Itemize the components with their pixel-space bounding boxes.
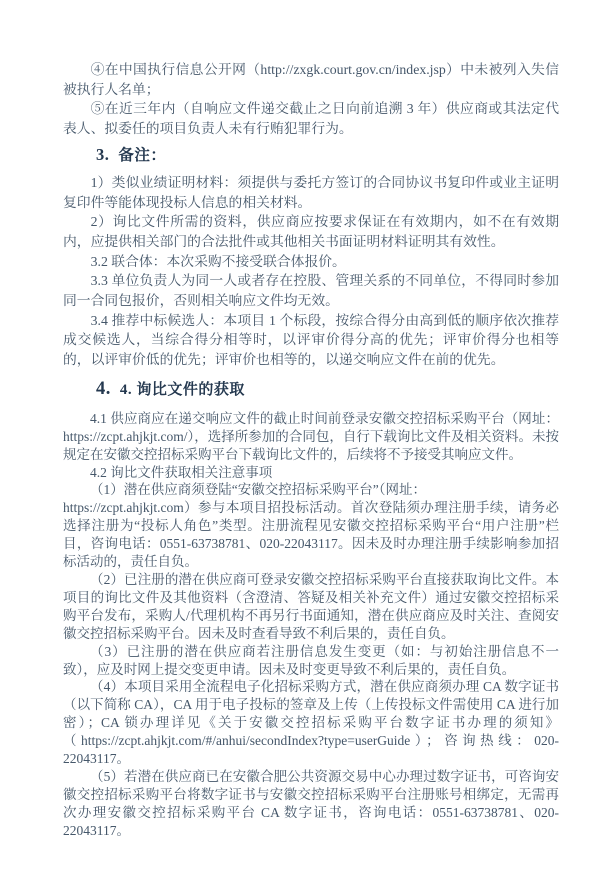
paragraph-qualification-item-5: ⑤在近三年内（自响应文件递交截止之日向前追溯 3 年）供应商或其法定代表人、拟委… — [63, 99, 559, 138]
section-3-title: 备注： — [118, 147, 166, 164]
paragraph-remarks-3-3: 3.3 单位负责人为同一人或者存在控股、管理关系的不同单位，不得同时参加同一合同… — [63, 271, 559, 310]
paragraph-remarks-1: 1）类似业绩证明材料：须提供与委托方签订的合同协议书复印件或业主证明复印件等能体… — [63, 173, 559, 212]
paragraph-acquisition-4-2: 4.2 询比文件获取相关注意事项 — [63, 464, 559, 482]
paragraph-acquisition-note-1: （1）潜在供应商须登陆“安徽交控招标采购平台”（网址： — [63, 481, 559, 499]
paragraph-remarks-3-4: 3.4 推荐中标候选人：本项目 1 个标段，按综合得分由高到低的顺序依次推荐成交… — [63, 311, 559, 370]
paragraph-acquisition-note-1-continued: https://zcpt.ahjkjt.com）参与本项目招投标活动。首次登陆须… — [63, 499, 559, 571]
paragraph-remarks-3-2: 3.2 联合体：本次采购不接受联合体报价。 — [63, 252, 559, 272]
section-4-acquisition-heading: 4.4. 询比文件的获取 — [63, 378, 559, 401]
document-page: ④在中国执行信息公开网（http://zxgk.court.gov.cn/ind… — [0, 0, 616, 879]
section-acquisition-body: 4.1 供应商应在递交响应文件的截止时间前登录安徽交控招标采购平台（网址：htt… — [63, 410, 559, 840]
paragraph-acquisition-4-1: 4.1 供应商应在递交响应文件的截止时间前登录安徽交控招标采购平台（网址：htt… — [63, 410, 559, 464]
paragraph-remarks-2: 2）询比文件所需的资料，供应商应按要求保证在有效期内，如不在有效期内，应提供相关… — [63, 212, 559, 251]
paragraph-acquisition-note-2: （2）已注册的潜在供应商可登录安徽交控招标采购平台直接获取询比文件。本项目的询比… — [63, 571, 559, 643]
paragraph-acquisition-note-3: （3）已注册的潜在供应商若注册信息发生变更（如：与初始注册信息不一致），应及时网… — [63, 643, 559, 679]
section-3-remarks-heading: 3.备注： — [63, 144, 559, 166]
section-3-number: 3. — [96, 144, 109, 165]
section-remarks-body: 1）类似业绩证明材料：须提供与委托方签订的合同协议书复印件或业主证明复印件等能体… — [63, 173, 559, 370]
paragraph-acquisition-note-5: （5）若潜在供应商已在安徽合肥公共资源交易中心办理过数字证书，可咨询安徽交控招标… — [63, 768, 559, 840]
paragraph-qualification-item-4: ④在中国执行信息公开网（http://zxgk.court.gov.cn/ind… — [63, 60, 559, 99]
section-qualification-items: ④在中国执行信息公开网（http://zxgk.court.gov.cn/ind… — [63, 60, 559, 139]
section-4-title: 4. 询比文件的获取 — [120, 382, 245, 398]
paragraph-acquisition-note-4: （4）本项目采用全流程电子化招标采购方式，潜在供应商须办理 CA 数字证书（以下… — [63, 678, 559, 768]
section-4-number: 4. — [96, 378, 111, 400]
